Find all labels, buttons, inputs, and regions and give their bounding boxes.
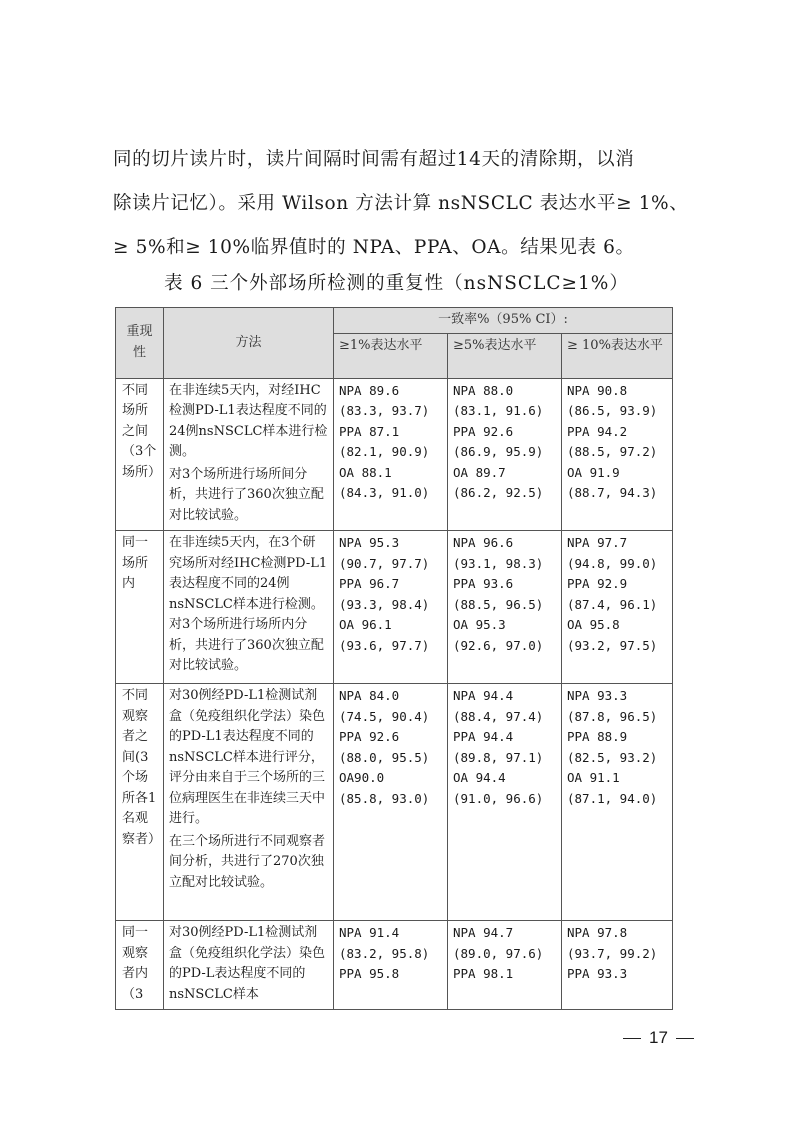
header-level-1pct: ≥1%表达水平 — [334, 333, 448, 378]
table-row: 同一观察者内（3 对30例经PD-L1检测试剂盒（免疫组织化学法）染色的PD-L… — [116, 921, 673, 1010]
page-number-text: 17 — [649, 1028, 668, 1047]
dash-left — [623, 1038, 641, 1039]
value-cell-1pct: NPA 84.0 (74.5, 90.4) PPA 92.6 (88.0, 95… — [334, 684, 448, 921]
ppa-value: PPA 96.7 — [339, 574, 442, 595]
value-cell-1pct: NPA 89.6 (83.3, 93.7) PPA 87.1 (82.1, 90… — [334, 378, 448, 531]
oa-ci: (88.7, 94.3) — [567, 483, 667, 504]
ppa-ci: (87.4, 96.1) — [567, 595, 667, 616]
npa-ci: (83.3, 93.7) — [339, 401, 442, 422]
ppa-ci: (89.8, 97.1) — [453, 748, 556, 769]
header-reproducibility: 重现性 — [116, 308, 164, 379]
ppa-value: PPA 98.1 — [453, 964, 556, 985]
npa-value: NPA 97.8 — [567, 923, 667, 944]
method-text: 在非连续5天内，对经IHC检测PD-L1表达程度不同的24例nsNSCLC样本进… — [169, 381, 328, 463]
paragraph-line: ≥ 5%和≥ 10%临界值时的 NPA、PPA、OA。结果见表 6。 — [113, 226, 693, 270]
npa-value: NPA 91.4 — [339, 923, 442, 944]
npa-ci: (94.8, 99.0) — [567, 554, 667, 575]
ppa-value: PPA 92.6 — [453, 422, 556, 443]
ppa-ci: (86.9, 95.9) — [453, 442, 556, 463]
ppa-value: PPA 95.8 — [339, 964, 442, 985]
table-row: 同一场所内 在非连续5天内，在3个研究场所对经IHC检测PD-L1表达程度不同的… — [116, 531, 673, 684]
oa-ci: (87.1, 94.0) — [567, 789, 667, 810]
npa-ci: (86.5, 93.9) — [567, 401, 667, 422]
method-cell: 对30例经PD-L1检测试剂盒（免疫组织化学法）染色的PD-L1表达程度不同的n… — [164, 684, 334, 921]
npa-value: NPA 93.3 — [567, 686, 667, 707]
ppa-ci: (82.1, 90.9) — [339, 442, 442, 463]
page-number: 17 — [615, 1028, 702, 1048]
reproducibility-cell: 同一观察者内（3 — [116, 921, 164, 1010]
value-cell-1pct: NPA 95.3 (90.7, 97.7) PPA 96.7 (93.3, 98… — [334, 531, 448, 684]
method-text: 对30例经PD-L1检测试剂盒（免疫组织化学法）染色的PD-L表达程度不同的ns… — [169, 923, 328, 1005]
method-text: 在三个场所进行不同观察者间分析，共进行了270次独立配对比较试验。 — [169, 832, 328, 894]
ppa-value: PPA 92.9 — [567, 574, 667, 595]
method-text: 对3个场所进行场所间分析，共进行了360次独立配对比较试验。 — [169, 465, 328, 527]
npa-ci: (83.2, 95.8) — [339, 944, 442, 965]
ppa-ci: (88.5, 97.2) — [567, 442, 667, 463]
oa-value: OA 95.8 — [567, 615, 667, 636]
ppa-ci: (82.5, 93.2) — [567, 748, 667, 769]
table-row: 不同场所之间（3个场所） 在非连续5天内，对经IHC检测PD-L1表达程度不同的… — [116, 378, 673, 531]
reproducibility-cell: 不同场所之间（3个场所） — [116, 378, 164, 531]
oa-ci: (93.2, 97.5) — [567, 636, 667, 657]
value-cell-10pct: NPA 93.3 (87.8, 96.5) PPA 88.9 (82.5, 93… — [562, 684, 673, 921]
ppa-ci: (88.5, 96.5) — [453, 595, 556, 616]
value-cell-5pct: NPA 94.4 (88.4, 97.4) PPA 94.4 (89.8, 97… — [448, 684, 562, 921]
npa-value: NPA 97.7 — [567, 533, 667, 554]
oa-value: OA 88.1 — [339, 463, 442, 484]
method-text: 在非连续5天内，在3个研究场所对经IHC检测PD-L1表达程度不同的24例nsN… — [169, 533, 328, 677]
reproducibility-cell: 同一场所内 — [116, 531, 164, 684]
npa-ci: (74.5, 90.4) — [339, 707, 442, 728]
oa-value: OA 95.3 — [453, 615, 556, 636]
npa-value: NPA 94.7 — [453, 923, 556, 944]
value-cell-10pct: NPA 97.8 (93.7, 99.2) PPA 93.3 — [562, 921, 673, 1010]
npa-value: NPA 90.8 — [567, 381, 667, 402]
method-cell: 对30例经PD-L1检测试剂盒（免疫组织化学法）染色的PD-L表达程度不同的ns… — [164, 921, 334, 1010]
body-paragraph: 同的切片读片时，读片间隔时间需有超过14天的清除期，以消 除读片记忆）。采用 W… — [113, 138, 693, 270]
value-cell-5pct: NPA 96.6 (93.1, 98.3) PPA 93.6 (88.5, 96… — [448, 531, 562, 684]
oa-value: OA 91.9 — [567, 463, 667, 484]
npa-value: NPA 89.6 — [339, 381, 442, 402]
header-level-10pct: ≥ 10%表达水平 — [562, 333, 673, 378]
ppa-value: PPA 92.6 — [339, 727, 442, 748]
value-cell-10pct: NPA 90.8 (86.5, 93.9) PPA 94.2 (88.5, 97… — [562, 378, 673, 531]
npa-ci: (88.4, 97.4) — [453, 707, 556, 728]
npa-value: NPA 95.3 — [339, 533, 442, 554]
oa-value: OA 89.7 — [453, 463, 556, 484]
npa-value: NPA 96.6 — [453, 533, 556, 554]
npa-ci: (90.7, 97.7) — [339, 554, 442, 575]
method-cell: 在非连续5天内，在3个研究场所对经IHC检测PD-L1表达程度不同的24例nsN… — [164, 531, 334, 684]
value-cell-5pct: NPA 94.7 (89.0, 97.6) PPA 98.1 — [448, 921, 562, 1010]
header-method: 方法 — [164, 308, 334, 379]
method-cell: 在非连续5天内，对经IHC检测PD-L1表达程度不同的24例nsNSCLC样本进… — [164, 378, 334, 531]
npa-ci: (89.0, 97.6) — [453, 944, 556, 965]
npa-value: NPA 94.4 — [453, 686, 556, 707]
npa-ci: (87.8, 96.5) — [567, 707, 667, 728]
oa-value: OA90.0 — [339, 768, 442, 789]
npa-ci: (93.7, 99.2) — [567, 944, 667, 965]
oa-value: OA 96.1 — [339, 615, 442, 636]
npa-value: NPA 88.0 — [453, 381, 556, 402]
oa-ci: (85.8, 93.0) — [339, 789, 442, 810]
ppa-value: PPA 87.1 — [339, 422, 442, 443]
reproducibility-cell: 不同观察者之间(3个场所各1名观察者） — [116, 684, 164, 921]
npa-value: NPA 84.0 — [339, 686, 442, 707]
table-row: 不同观察者之间(3个场所各1名观察者） 对30例经PD-L1检测试剂盒（免疫组织… — [116, 684, 673, 921]
method-text: 对30例经PD-L1检测试剂盒（免疫组织化学法）染色的PD-L1表达程度不同的n… — [169, 686, 328, 830]
ppa-value: PPA 93.3 — [567, 964, 667, 985]
ppa-value: PPA 88.9 — [567, 727, 667, 748]
ppa-value: PPA 94.2 — [567, 422, 667, 443]
ppa-ci: (93.3, 98.4) — [339, 595, 442, 616]
table-caption: 表 6 三个外部场所检测的重复性（nsNSCLC≥1%） — [0, 269, 793, 295]
npa-ci: (83.1, 91.6) — [453, 401, 556, 422]
oa-value: OA 91.1 — [567, 768, 667, 789]
oa-value: OA 94.4 — [453, 768, 556, 789]
ppa-ci: (88.0, 95.5) — [339, 748, 442, 769]
paragraph-line: 除读片记忆）。采用 Wilson 方法计算 nsNSCLC 表达水平≥ 1%、 — [113, 182, 693, 226]
header-agreement-group: 一致率%（95% CI）: — [334, 308, 673, 334]
value-cell-10pct: NPA 97.7 (94.8, 99.0) PPA 92.9 (87.4, 96… — [562, 531, 673, 684]
npa-ci: (93.1, 98.3) — [453, 554, 556, 575]
value-cell-5pct: NPA 88.0 (83.1, 91.6) PPA 92.6 (86.9, 95… — [448, 378, 562, 531]
ppa-value: PPA 93.6 — [453, 574, 556, 595]
ppa-value: PPA 94.4 — [453, 727, 556, 748]
oa-ci: (91.0, 96.6) — [453, 789, 556, 810]
paragraph-line: 同的切片读片时，读片间隔时间需有超过14天的清除期，以消 — [113, 138, 693, 182]
oa-ci: (86.2, 92.5) — [453, 483, 556, 504]
oa-ci: (84.3, 91.0) — [339, 483, 442, 504]
oa-ci: (92.6, 97.0) — [453, 636, 556, 657]
oa-ci: (93.6, 97.7) — [339, 636, 442, 657]
reproducibility-table: 重现性 方法 一致率%（95% CI）: ≥1%表达水平 ≥5%表达水平 ≥ 1… — [115, 307, 673, 1010]
header-level-5pct: ≥5%表达水平 — [448, 333, 562, 378]
value-cell-1pct: NPA 91.4 (83.2, 95.8) PPA 95.8 — [334, 921, 448, 1010]
dash-right — [676, 1038, 694, 1039]
